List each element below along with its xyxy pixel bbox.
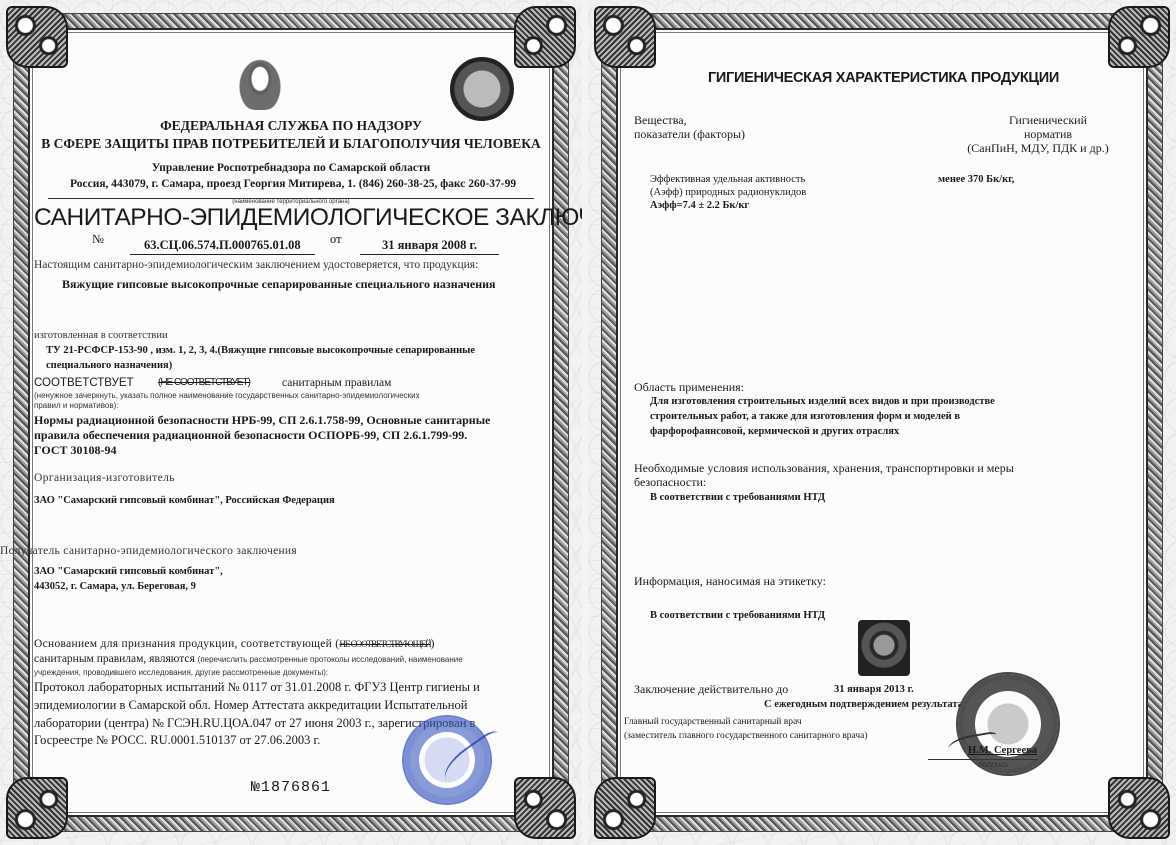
certificate-number: 63.СЦ.06.574.П.000765.01.08 [130, 238, 315, 255]
recipient-label: Получатель санитарно-эпидемиологического… [0, 545, 297, 557]
conditions-label-line1: Необходимые условия использования, хране… [634, 461, 1014, 476]
protocol-line3: лаборатории (центра) № ГСЭН.RU.ЦОА.047 о… [34, 716, 475, 731]
rules-line1: Нормы радиационной безопасности НРБ-99, … [34, 413, 490, 428]
rules-line2: правила обеспечения радиационной безопас… [34, 428, 467, 443]
indicator-norm-value: менее 370 Бк/кг, [938, 174, 1014, 185]
label-info-label: Информация, наносимая на этикетку: [634, 574, 826, 589]
basis-line2-text: санитарным правилам, являются [34, 653, 195, 665]
basis-line2-caption: (перечислить рассмотренные протоколы исс… [198, 655, 463, 664]
conforms-caption-line1: (ненужное зачеркнуть, указать полное наи… [34, 391, 420, 400]
indicator-name-line1: Эффективная удельная активность [650, 174, 805, 185]
basis-line1: Основанием для признания продукции, соот… [34, 638, 435, 650]
document-title: САНИТАРНО-ЭПИДЕМИОЛОГИЧЕСКОЕ ЗАКЛЮЧЕНИЕ [34, 204, 582, 232]
signature-caption: подпись [978, 760, 1008, 769]
protocol-line4: Госреестре № РОСС. RU.0001.510137 от 27.… [34, 733, 320, 748]
not-conforms-crossed: (НЕ СООТВЕТСТВУЕТ) [158, 377, 250, 388]
col1-header-line1: Вещества, [634, 113, 687, 128]
made-per-line2: специального назначения) [46, 360, 172, 371]
manufacturer-name: ЗАО "Самарский гипсовый комбинат", Росси… [34, 495, 335, 506]
basis-crossed: НЕ СООТВЕТСТВУЮЩЕЙ [339, 639, 430, 649]
conforms-caption-line2: правил и нормативов): [34, 401, 119, 410]
basis-text: Основанием для признания продукции, соот… [34, 638, 339, 650]
col2-header-line2: норматив [968, 127, 1128, 142]
certificate-back-page: ГИГИЕНИЧЕСКАЯ ХАРАКТЕРИСТИКА ПРОДУКЦИИ В… [588, 0, 1176, 845]
scope-line1: Для изготовления строительных изделий вс… [650, 396, 995, 407]
conforms-label: СООТВЕТСТВУЕТ [34, 377, 134, 389]
scope-line2: строительных работ, а также для изготовл… [650, 411, 960, 422]
department-address: Россия, 443079, г. Самара, проезд Георги… [70, 178, 516, 190]
recipient-line1: ЗАО "Самарский гипсовый комбинат", [34, 566, 223, 577]
date-label: от [330, 232, 342, 247]
protocol-line2: эпидемиологии в Самарской обл. Номер Атт… [34, 698, 467, 713]
certificate-date: 31 января 2008 г. [360, 238, 499, 255]
col2-header-line1: Гигиенический [968, 113, 1128, 128]
coat-of-arms-icon [238, 58, 282, 110]
basis-line2: санитарным правилам, являются (перечисли… [34, 653, 463, 665]
signer-title-line1: Главный государственный санитарный врач [624, 717, 802, 727]
agency-name-line2: В СФЕРЕ ЗАЩИТЫ ПРАВ ПОТРЕБИТЕЛЕЙ И БЛАГО… [0, 136, 582, 152]
hygiene-title: ГИГИЕНИЧЕСКАЯ ХАРАКТЕРИСТИКА ПРОДУКЦИИ [708, 70, 1059, 86]
recipient-line2: 443052, г. Самара, ул. Береговая, 9 [34, 581, 196, 592]
certificate-front-page: ФЕДЕРАЛЬНАЯ СЛУЖБА ПО НАДЗОРУ В СФЕРЕ ЗА… [0, 0, 582, 845]
hologram-sticker-icon [858, 620, 910, 676]
made-per-label: изготовленная в соответствии [34, 330, 168, 341]
conditions-value: В соответствии с требованиями НТД [650, 492, 825, 503]
basis-caption: учреждения, проводившего исследования, д… [34, 668, 328, 677]
signer-title-line2: (заместитель главного государственного с… [624, 731, 868, 741]
conforms-tail: санитарным правилам [282, 377, 391, 389]
rules-line3: ГОСТ 30108-94 [34, 443, 116, 458]
product-name: Вяжущие гипсовые высокопрочные сепариров… [62, 277, 496, 292]
made-per-line1: ТУ 21-РСФСР-153-90 , изм. 1, 2, 3, 4.(Вя… [46, 345, 475, 356]
scope-label: Область применения: [634, 380, 744, 395]
certifies-text: Настоящим санитарно-эпидемиологическим з… [34, 259, 478, 271]
valid-until-date: 31 января 2013 г. [834, 684, 914, 695]
annual-confirmation-note: С ежегодным подтверждением результата [764, 699, 963, 710]
agency-seal-icon [450, 57, 514, 121]
col2-header-line3: (СанПиН, МДУ, ПДК и др.) [938, 141, 1138, 156]
indicator-name-line2: (Аэфф) природных радионуклидов [650, 187, 806, 198]
manufacturer-label: Организация-изготовитель [34, 472, 175, 484]
protocol-line1: Протокол лабораторных испытаний № 0117 о… [34, 680, 480, 695]
department-name: Управление Роспотребнадзора по Самарской… [0, 162, 582, 174]
serial-number: №1876861 [0, 779, 582, 796]
indicator-measured-value: Аэфф=7.4 ± 2.2 Бк/кг [650, 200, 749, 211]
valid-until-label: Заключение действительно до [634, 682, 788, 697]
number-label: № [92, 232, 104, 247]
col1-header-line2: показатели (факторы) [634, 127, 745, 142]
agency-name-line1: ФЕДЕРАЛЬНАЯ СЛУЖБА ПО НАДЗОРУ [0, 118, 582, 134]
conditions-label-line2: безопасности: [634, 475, 706, 490]
label-info-value: В соответствии с требованиями НТД [650, 610, 825, 621]
scope-line3: фарфорофаянсовой, кермической и других о… [650, 426, 899, 437]
